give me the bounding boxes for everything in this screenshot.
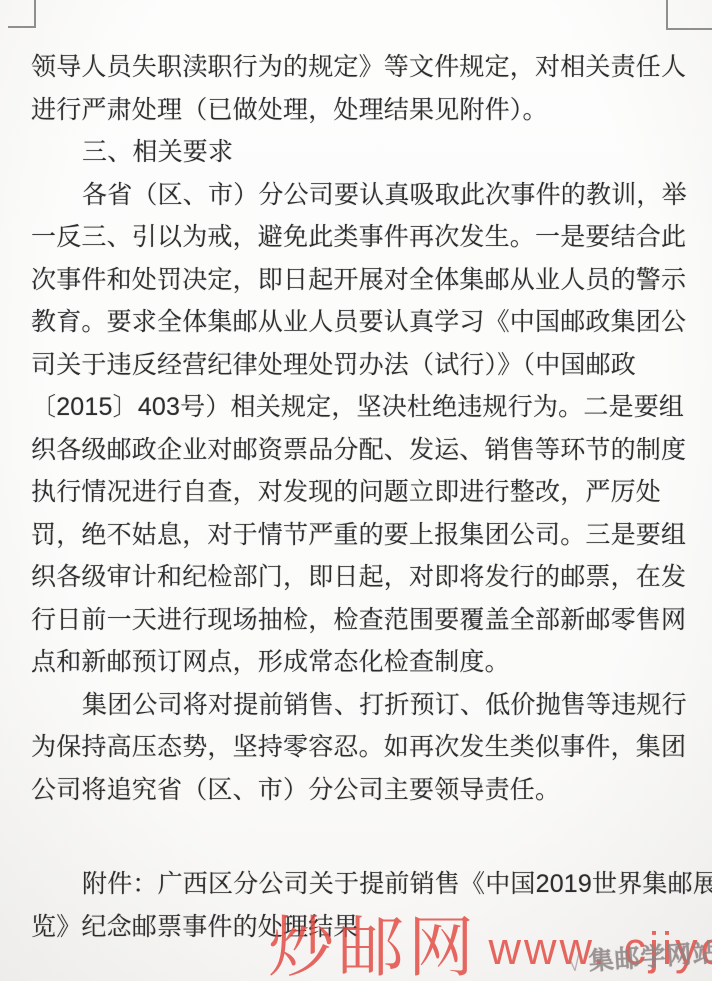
text-boundary-corner-mark-left bbox=[8, 0, 38, 30]
document-page: 领导人员失职渎职行为的规定》等文件规定，对相关责任人进行严肃处理（已做处理，处理… bbox=[0, 0, 712, 981]
document-line: 教育。要求全体集邮从业人员要认真学习《中国邮政集团公 bbox=[31, 301, 691, 344]
document-line: 织各级邮政企业对邮资票品分配、发运、销售等环节的制度 bbox=[31, 429, 691, 472]
document-line: 行日前一天进行现场抽检，检查范围要覆盖全部新邮零售网 bbox=[31, 599, 691, 642]
document-body: 领导人员失职渎职行为的规定》等文件规定，对相关责任人进行严肃处理（已做处理，处理… bbox=[31, 46, 691, 948]
document-line: 公司将追究省（区、市）分公司主要领导责任。 bbox=[31, 769, 691, 812]
document-line: 织各级审计和纪检部门，即日起，对即将发行的邮票，在发 bbox=[31, 556, 691, 599]
corner-mark-horizontal-line bbox=[8, 26, 36, 28]
document-line: 领导人员失职渎职行为的规定》等文件规定，对相关责任人 bbox=[31, 46, 691, 89]
document-line: 执行情况进行自查，对发现的问题立即进行整改，严厉处 bbox=[31, 471, 691, 514]
corner-mark-vertical-line bbox=[666, 0, 668, 29]
document-line: 为保持高压态势，坚持零容忍。如再次发生类似事件，集团 bbox=[31, 726, 691, 769]
document-line: 览》纪念邮票事件的处理结果 bbox=[31, 906, 691, 949]
document-line: 各省（区、市）分公司要认真吸取此次事件的教训，举 bbox=[31, 174, 691, 217]
corner-mark-vertical-line bbox=[34, 0, 36, 27]
corner-mark-horizontal-line bbox=[666, 28, 712, 30]
document-line: 点和新邮预订网点，形成常态化检查制度。 bbox=[31, 641, 691, 684]
document-line: 罚，绝不姑息，对于情节严重的要上报集团公司。三是要组 bbox=[31, 514, 691, 557]
document-line: 司关于违反经营纪律处理处罚办法（试行）》（中国邮政 bbox=[31, 344, 691, 387]
document-line: 次事件和处罚决定，即日起开展对全体集邮从业人员的警示 bbox=[31, 259, 691, 302]
document-line: 〔2015〕403号）相关规定，坚决杜绝违规行为。二是要组 bbox=[31, 386, 691, 429]
stamp-check-icon: √ bbox=[567, 950, 581, 976]
document-line: 集团公司将对提前销售、打折预订、低价抛售等违规行 bbox=[31, 684, 691, 727]
document-line: 三、相关要求 bbox=[31, 131, 691, 174]
document-line: 附件：广西区分公司关于提前销售《中国2019世界集邮展 bbox=[31, 863, 691, 906]
document-line: 进行严肃处理（已做处理，处理结果见附件）。 bbox=[31, 89, 691, 132]
text-boundary-corner-mark-right bbox=[666, 0, 712, 32]
document-line: 一反三、引以为戒，避免此类事件再次发生。一是要结合此 bbox=[31, 216, 691, 259]
